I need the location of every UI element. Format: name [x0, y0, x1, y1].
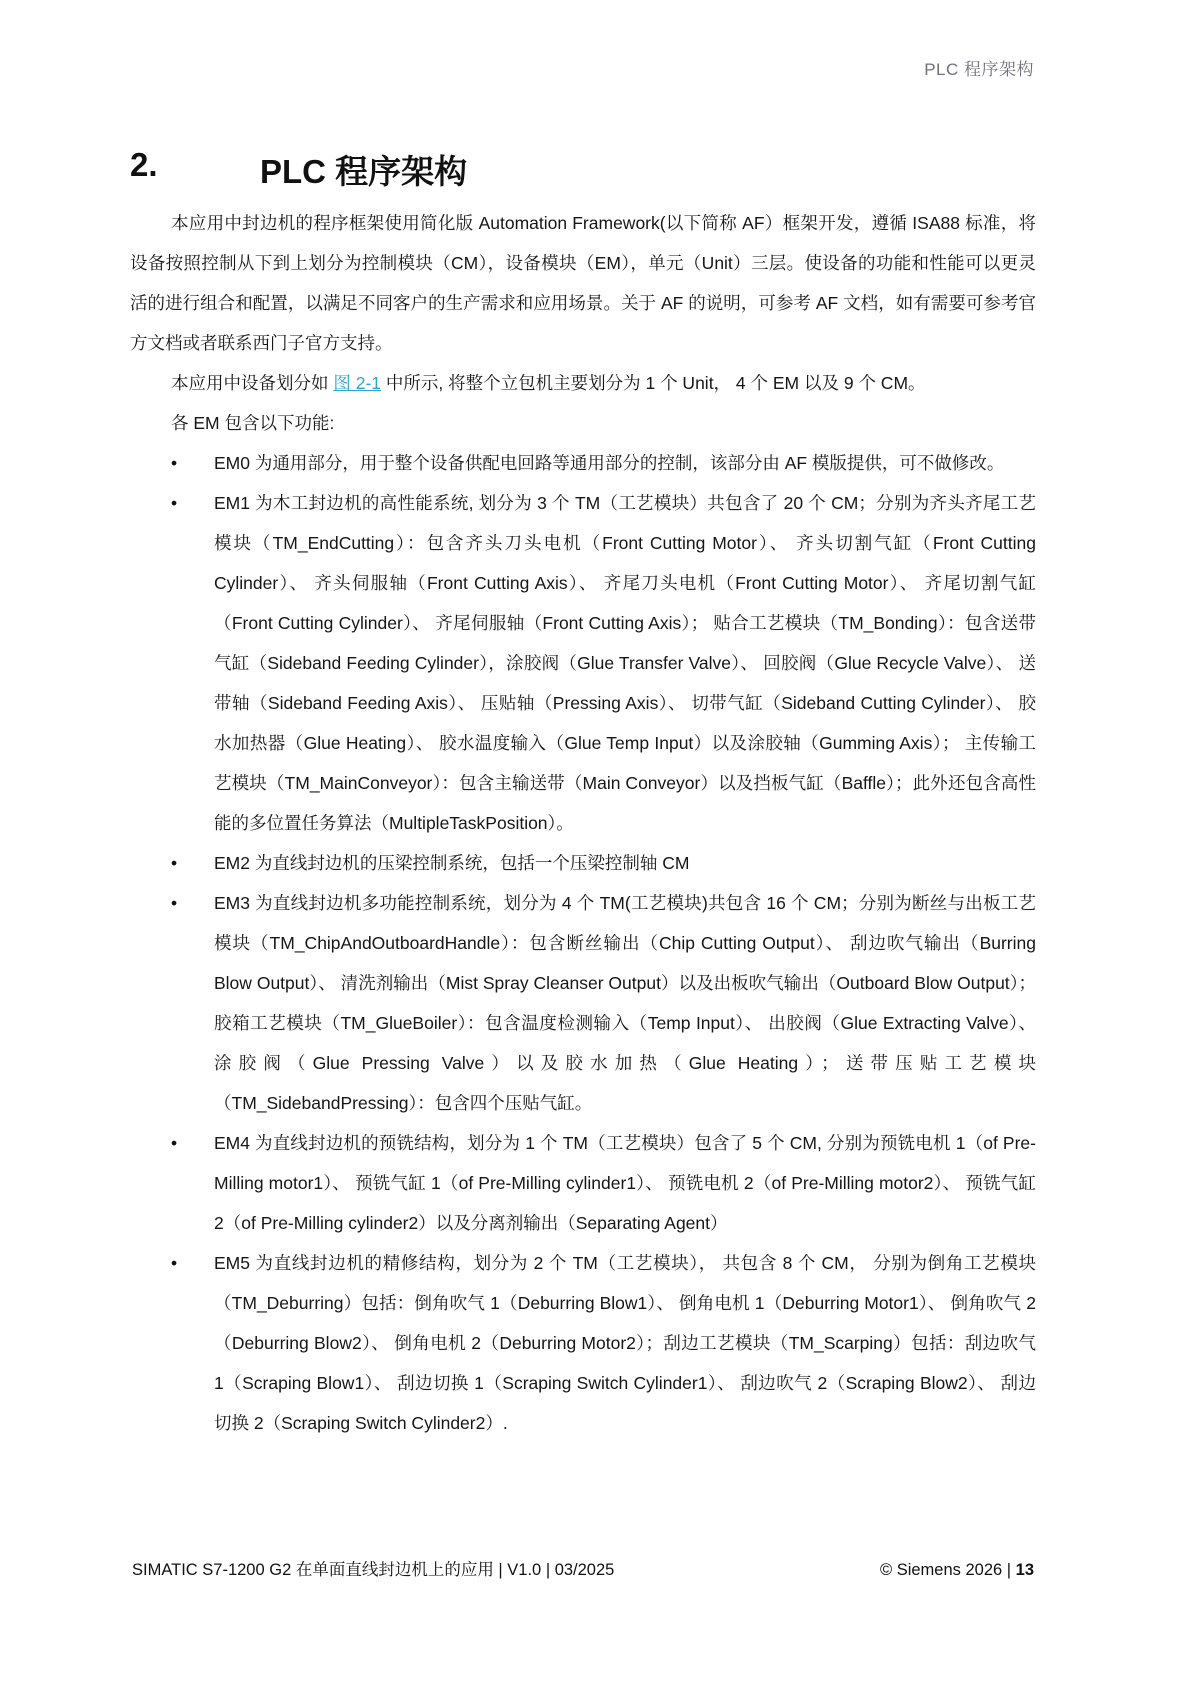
body-text-column: 本应用中封边机的程序框架使用简化版 Automation Framework(以…: [130, 203, 1036, 1443]
em1-description: EM1 为木工封边机的高性能系统, 划分为 3 个 TM（工艺模块）共包含了 2…: [214, 493, 1036, 833]
bullet-icon: •: [171, 483, 177, 523]
figure-reference-after: 中所示, 将整个立包机主要划分为 1 个 Unit， 4 个 EM 以及 9 个…: [381, 373, 926, 393]
em-list-intro-text: 各 EM 包含以下功能:: [171, 413, 334, 433]
em0-description: EM0 为通用部分，用于整个设备供配电回路等通用部分的控制，该部分由 AF 模版…: [214, 453, 1004, 473]
em-function-list: • EM0 为通用部分，用于整个设备供配电回路等通用部分的控制，该部分由 AF …: [130, 443, 1036, 1443]
bullet-icon: •: [171, 1123, 177, 1163]
footer-copyright: © Siemens 2026 | 13: [880, 1561, 1034, 1580]
em5-description: EM5 为直线封边机的精修结构，划分为 2 个 TM（工艺模块）， 共包含 8 …: [214, 1253, 1036, 1433]
running-header: PLC 程序架构: [130, 55, 1034, 80]
bullet-icon: •: [171, 883, 177, 923]
em2-description: EM2 为直线封边机的压梁控制系统，包括一个压梁控制轴 CM: [214, 853, 689, 873]
bullet-icon: •: [171, 843, 177, 883]
footer-document-info: SIMATIC S7-1200 G2 在单面直线封边机上的应用 | V1.0 |…: [132, 1556, 614, 1580]
chapter-title-text: PLC 程序架构: [260, 146, 467, 193]
em4-description: EM4 为直线封边机的预铣结构，划分为 1 个 TM（工艺模块）包含了 5 个 …: [214, 1133, 1036, 1233]
list-item-em2: • EM2 为直线封边机的压梁控制系统，包括一个压梁控制轴 CM: [130, 843, 1036, 883]
bullet-icon: •: [171, 1243, 177, 1283]
em-list-intro: 各 EM 包含以下功能:: [130, 403, 1036, 443]
bullet-icon: •: [171, 443, 177, 483]
document-page: PLC 程序架构 2. PLC 程序架构 本应用中封边机的程序框架使用简化版 A…: [0, 0, 1190, 1683]
list-item-em3: • EM3 为直线封边机多功能控制系统，划分为 4 个 TM(工艺模块)共包含 …: [130, 883, 1036, 1123]
figure-reference-paragraph: 本应用中设备划分如 图 2-1 中所示, 将整个立包机主要划分为 1 个 Uni…: [130, 363, 1036, 403]
chapter-number: 2.: [130, 146, 260, 184]
intro-paragraph-text: 本应用中封边机的程序框架使用简化版 Automation Framework(以…: [130, 213, 1036, 353]
page-footer: SIMATIC S7-1200 G2 在单面直线封边机上的应用 | V1.0 |…: [132, 1556, 1034, 1580]
intro-paragraph: 本应用中封边机的程序框架使用简化版 Automation Framework(以…: [130, 203, 1036, 363]
em3-description: EM3 为直线封边机多功能控制系统，划分为 4 个 TM(工艺模块)共包含 16…: [214, 893, 1036, 1113]
list-item-em1: • EM1 为木工封边机的高性能系统, 划分为 3 个 TM（工艺模块）共包含了…: [130, 483, 1036, 843]
chapter-title: 2. PLC 程序架构: [130, 146, 1034, 193]
footer-copyright-text: © Siemens 2026 |: [880, 1561, 1016, 1579]
figure-reference-before: 本应用中设备划分如: [171, 373, 333, 393]
figure-2-1-link[interactable]: 图 2-1: [333, 373, 381, 393]
list-item-em0: • EM0 为通用部分，用于整个设备供配电回路等通用部分的控制，该部分由 AF …: [130, 443, 1036, 483]
list-item-em4: • EM4 为直线封边机的预铣结构，划分为 1 个 TM（工艺模块）包含了 5 …: [130, 1123, 1036, 1243]
footer-page-number: 13: [1016, 1561, 1034, 1579]
list-item-em5: • EM5 为直线封边机的精修结构，划分为 2 个 TM（工艺模块）， 共包含 …: [130, 1243, 1036, 1443]
